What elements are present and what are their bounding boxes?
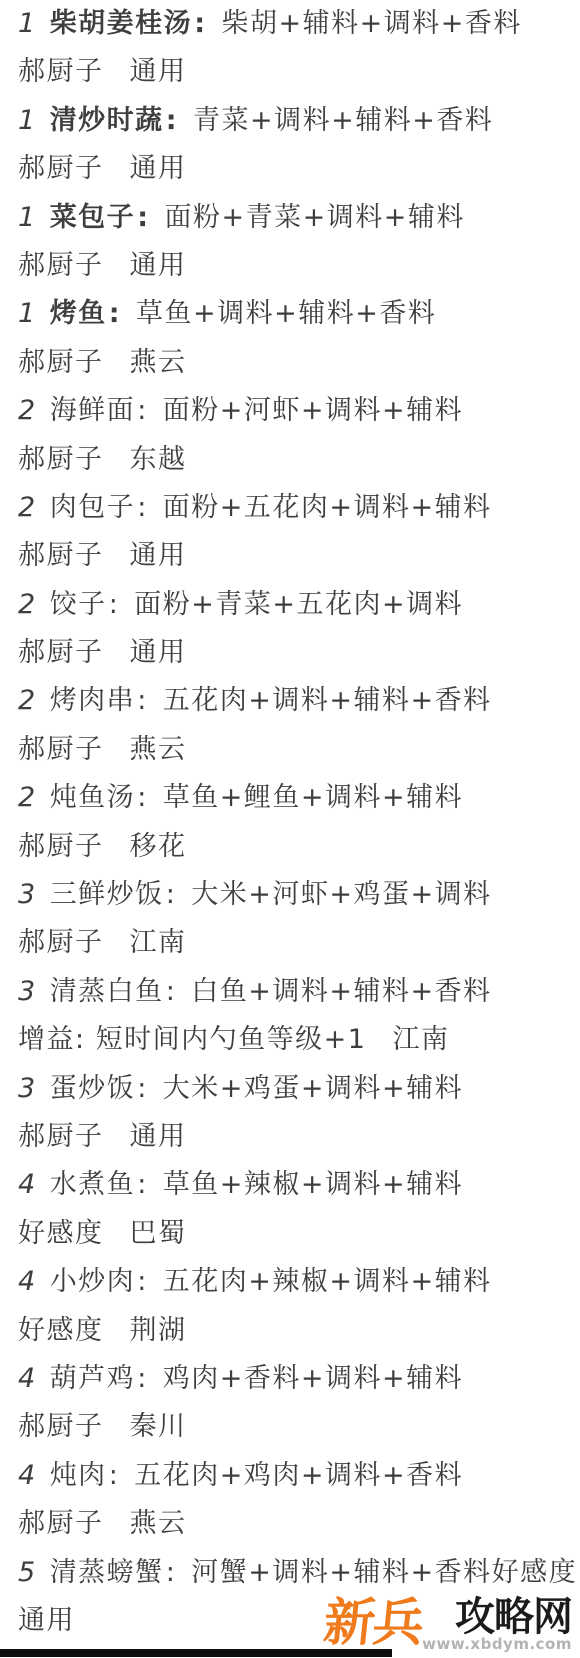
recipe-title-group: 清蒸螃蟹: — [50, 1557, 192, 1588]
recipe-colon: : — [109, 1452, 120, 1500]
recipe-title-group: 清炒时蔬: — [50, 105, 193, 136]
recipe-region: 燕云 — [130, 1508, 187, 1539]
recipe-meta-line-7: 郝厨子通用 — [18, 629, 574, 677]
recipe-region: 江南 — [392, 1024, 449, 1055]
recipe-colon: : — [137, 194, 149, 242]
recipe-ingredients: 鸡肉+香料+调料+辅料 — [163, 1363, 463, 1394]
recipe-colon: : — [137, 677, 148, 725]
recipe-line-3: 1菜包子:面粉+青菜+调料+辅料 — [18, 194, 574, 242]
recipe-name: 清蒸白鱼 — [50, 976, 164, 1007]
recipe-region: 江南 — [130, 927, 187, 958]
recipe-ingredients: 五花肉+辣椒+调料+辅料 — [163, 1266, 492, 1297]
recipe-line-9: 2炖鱼汤:草鱼+鲤鱼+调料+辅料 — [18, 774, 574, 822]
recipe-meta-line-1: 郝厨子通用 — [18, 48, 574, 96]
recipe-name: 清炒时蔬 — [50, 105, 164, 136]
recipe-colon: : — [137, 387, 148, 435]
recipe-region: 通用 — [130, 1121, 187, 1152]
recipe-ingredients: 草鱼+鲤鱼+调料+辅料 — [163, 782, 463, 813]
recipe-name: 水煮鱼 — [50, 1169, 136, 1200]
recipe-line-2: 1清炒时蔬:青菜+调料+辅料+香料 — [18, 97, 574, 145]
recipe-name: 葫芦鸡 — [50, 1363, 136, 1394]
recipe-title-group: 烤肉串: — [50, 685, 163, 716]
recipe-unlock-source: 好感度 — [18, 1315, 104, 1346]
recipe-meta-line-15: 郝厨子秦川 — [18, 1403, 574, 1451]
recipe-level: 1 — [18, 0, 37, 48]
recipe-unlock-source: 郝厨子 — [18, 734, 104, 765]
recipe-ingredients: 白鱼+调料+辅料+香料 — [191, 976, 491, 1007]
recipe-title-group: 水煮鱼: — [50, 1169, 163, 1200]
recipe-unlock-source: 郝厨子 — [18, 540, 104, 571]
recipe-line-1: 1柴胡姜桂汤:柴胡+辅料+调料+香料 — [18, 0, 574, 48]
recipe-ingredients: 五花肉+调料+辅料+香料 — [163, 685, 492, 716]
recipe-unlock-source: 郝厨子 — [18, 927, 104, 958]
recipe-ingredients: 柴胡+辅料+调料+香料 — [222, 8, 522, 39]
recipe-title-group: 清蒸白鱼: — [50, 976, 192, 1007]
recipe-level: 3 — [18, 871, 37, 919]
recipe-line-8: 2烤肉串:五花肉+调料+辅料+香料 — [18, 677, 574, 725]
recipe-unlock-source: 增益: 短时间内勺鱼等级+1 — [18, 1024, 366, 1055]
recipe-level: 5 — [18, 1549, 37, 1597]
recipe-title-group: 炖鱼汤: — [50, 782, 163, 813]
recipe-colon: : — [109, 581, 120, 629]
recipe-meta-line-14: 好感度荆湖 — [18, 1307, 574, 1355]
recipe-line-16: 4炖肉:五花肉+鸡肉+调料+香料 — [18, 1452, 574, 1500]
recipe-name: 烤鱼 — [50, 298, 107, 329]
watermark-right-block: 攻略网 www.xbdym.com — [422, 1598, 572, 1652]
recipe-ingredients: 面粉+青菜+调料+辅料 — [165, 202, 465, 233]
recipe-title-group: 海鲜面: — [50, 395, 163, 426]
recipe-name: 清蒸螃蟹 — [50, 1557, 164, 1588]
recipe-colon: : — [166, 968, 177, 1016]
recipe-level: 2 — [18, 581, 37, 629]
recipe-region: 燕云 — [130, 734, 187, 765]
recipe-meta-line-5: 郝厨子东越 — [18, 436, 574, 484]
recipe-title-group: 柴胡姜桂汤: — [50, 8, 222, 39]
recipe-meta-line-8: 郝厨子燕云 — [18, 726, 574, 774]
watermark-brand-primary: 新兵 — [321, 1598, 424, 1649]
watermark-brand-secondary: 攻略网 — [455, 1598, 572, 1636]
recipe-name: 肉包子 — [50, 492, 136, 523]
recipe-unlock-source: 好感度 — [18, 1218, 104, 1249]
recipe-list: 1柴胡姜桂汤:柴胡+辅料+调料+香料郝厨子通用1清炒时蔬:青菜+调料+辅料+香料… — [18, 0, 574, 1645]
recipe-name: 蛋炒饭 — [50, 1073, 136, 1104]
recipe-meta-line-11: 增益: 短时间内勺鱼等级+1江南 — [18, 1016, 574, 1064]
watermark-url: www.xbdym.com — [422, 1637, 572, 1652]
recipe-meta-line-13: 好感度巴蜀 — [18, 1210, 574, 1258]
recipe-title-group: 小炒肉: — [50, 1266, 163, 1297]
recipe-meta-line-10: 郝厨子江南 — [18, 919, 574, 967]
recipe-line-4: 1烤鱼:草鱼+调料+辅料+香料 — [18, 290, 574, 338]
recipe-ingredients: 大米+鸡蛋+调料+辅料 — [163, 1073, 463, 1104]
recipe-level: 1 — [18, 194, 37, 242]
recipe-name: 菜包子 — [50, 202, 136, 233]
recipe-name: 炖鱼汤 — [50, 782, 136, 813]
recipe-region: 燕云 — [130, 347, 187, 378]
recipe-region: 通用 — [130, 250, 187, 281]
recipe-name: 炖肉 — [50, 1460, 107, 1491]
recipe-level: 1 — [18, 290, 37, 338]
recipe-colon: : — [109, 290, 121, 338]
recipe-region: 通用 — [130, 153, 187, 184]
recipe-level: 4 — [18, 1258, 37, 1306]
recipe-line-7: 2饺子:面粉+青菜+五花肉+调料 — [18, 581, 574, 629]
recipe-title-group: 蛋炒饭: — [50, 1073, 163, 1104]
recipe-colon: : — [166, 1549, 177, 1597]
recipe-unlock-source: 郝厨子 — [18, 1411, 104, 1442]
recipe-name: 饺子 — [50, 589, 107, 620]
recipe-ingredients: 草鱼+调料+辅料+香料 — [136, 298, 436, 329]
recipe-unlock-source: 郝厨子 — [18, 250, 104, 281]
recipe-region: 秦川 — [130, 1411, 187, 1442]
recipe-level: 2 — [18, 387, 37, 435]
recipe-region: 通用 — [18, 1605, 75, 1636]
recipe-line-14: 4小炒肉:五花肉+辣椒+调料+辅料 — [18, 1258, 574, 1306]
recipe-meta-line-2: 郝厨子通用 — [18, 145, 574, 193]
recipe-colon: : — [137, 1065, 148, 1113]
recipe-title-group: 三鲜炒饭: — [50, 879, 192, 910]
recipe-ingredients: 面粉+青菜+五花肉+调料 — [134, 589, 463, 620]
recipe-level: 2 — [18, 484, 37, 532]
recipe-level: 4 — [18, 1452, 37, 1500]
recipe-colon: : — [166, 97, 178, 145]
recipe-line-11: 3清蒸白鱼:白鱼+调料+辅料+香料 — [18, 968, 574, 1016]
recipe-unlock-source: 郝厨子 — [18, 56, 104, 87]
recipe-colon: : — [194, 0, 206, 48]
recipe-line-15: 4葫芦鸡:鸡肉+香料+调料+辅料 — [18, 1355, 574, 1403]
recipe-colon: : — [137, 774, 148, 822]
recipe-line-10: 3三鲜炒饭:大米+河虾+鸡蛋+调料 — [18, 871, 574, 919]
recipe-meta-line-9: 郝厨子移花 — [18, 823, 574, 871]
recipe-title-group: 烤鱼: — [50, 298, 136, 329]
recipe-meta-line-16: 郝厨子燕云 — [18, 1500, 574, 1548]
recipe-meta-line-12: 郝厨子通用 — [18, 1113, 574, 1161]
recipe-meta-line-4: 郝厨子燕云 — [18, 339, 574, 387]
recipe-line-5: 2海鲜面:面粉+河虾+调料+辅料 — [18, 387, 574, 435]
recipe-title-group: 肉包子: — [50, 492, 163, 523]
recipe-level: 3 — [18, 1065, 37, 1113]
recipe-name: 小炒肉 — [50, 1266, 136, 1297]
recipe-meta-line-3: 郝厨子通用 — [18, 242, 574, 290]
recipe-colon: : — [166, 871, 177, 919]
recipe-region: 通用 — [130, 540, 187, 571]
recipe-colon: : — [137, 1258, 148, 1306]
recipe-unlock-source: 郝厨子 — [18, 1508, 104, 1539]
recipe-region: 移花 — [130, 831, 187, 862]
recipe-line-6: 2肉包子:面粉+五花肉+调料+辅料 — [18, 484, 574, 532]
recipe-region: 东越 — [130, 444, 187, 475]
recipe-region: 荆湖 — [130, 1315, 187, 1346]
watermark: 新兵 攻略网 www.xbdym.com — [324, 1598, 572, 1652]
recipe-unlock-source: 郝厨子 — [18, 831, 104, 862]
recipe-title-group: 菜包子: — [50, 202, 165, 233]
recipe-title-group: 葫芦鸡: — [50, 1363, 163, 1394]
recipe-line-12: 3蛋炒饭:大米+鸡蛋+调料+辅料 — [18, 1065, 574, 1113]
recipe-colon: : — [137, 484, 148, 532]
recipe-level: 2 — [18, 677, 37, 725]
recipe-ingredients: 青菜+调料+辅料+香料 — [193, 105, 493, 136]
recipe-unlock-source: 郝厨子 — [18, 637, 104, 668]
recipe-region: 通用 — [130, 56, 187, 87]
recipe-ingredients: 河蟹+调料+辅料+香料好感度 — [191, 1557, 577, 1588]
recipe-unlock-source: 郝厨子 — [18, 444, 104, 475]
recipe-unlock-source: 郝厨子 — [18, 1121, 104, 1152]
recipe-name: 烤肉串 — [50, 685, 136, 716]
recipe-name: 海鲜面 — [50, 395, 136, 426]
recipe-level: 1 — [18, 97, 37, 145]
bottom-bar — [0, 1649, 392, 1657]
recipe-level: 2 — [18, 774, 37, 822]
recipe-meta-line-6: 郝厨子通用 — [18, 532, 574, 580]
recipe-title-group: 饺子: — [50, 589, 135, 620]
recipe-ingredients: 五花肉+鸡肉+调料+香料 — [134, 1460, 463, 1491]
recipe-level: 4 — [18, 1161, 37, 1209]
recipe-level: 4 — [18, 1355, 37, 1403]
recipe-region: 巴蜀 — [130, 1218, 187, 1249]
recipe-colon: : — [137, 1355, 148, 1403]
recipe-line-17: 5清蒸螃蟹:河蟹+调料+辅料+香料好感度 — [18, 1549, 574, 1597]
recipe-ingredients: 面粉+五花肉+调料+辅料 — [163, 492, 492, 523]
recipe-unlock-source: 郝厨子 — [18, 153, 104, 184]
recipe-level: 3 — [18, 968, 37, 1016]
recipe-title-group: 炖肉: — [50, 1460, 135, 1491]
recipe-line-13: 4水煮鱼:草鱼+辣椒+调料+辅料 — [18, 1161, 574, 1209]
recipe-ingredients: 草鱼+辣椒+调料+辅料 — [163, 1169, 463, 1200]
recipe-ingredients: 面粉+河虾+调料+辅料 — [163, 395, 463, 426]
recipe-colon: : — [137, 1161, 148, 1209]
recipe-name: 柴胡姜桂汤 — [50, 8, 193, 39]
recipe-name: 三鲜炒饭 — [50, 879, 164, 910]
recipe-unlock-source: 郝厨子 — [18, 347, 104, 378]
recipe-ingredients: 大米+河虾+鸡蛋+调料 — [191, 879, 491, 910]
recipe-region: 通用 — [130, 637, 187, 668]
